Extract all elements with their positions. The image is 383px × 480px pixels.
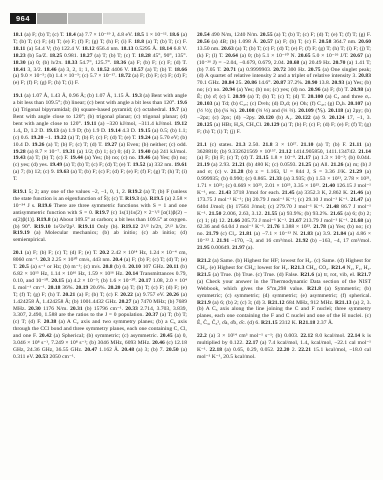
answers-paragraph-r19: R19.1 5; 2; any one of the values −2, −1… xyxy=(13,189,187,244)
answers-paragraph-ch19: 19.1 (a) 1.07 Å, 1.43 Å, 0.96 Å; (b) 1.0… xyxy=(13,93,187,183)
answers-paragraph-ch22: 22.2 (a) 3 × 10¹⁴ cm³ mol⁻¹ s⁻¹; (b) 0.0… xyxy=(197,333,371,361)
page-number: 964 xyxy=(10,13,36,24)
answers-paragraph-ch18: 18.1 (a) F; (b) T; (c) T. 18.4 (a) 7.7 ×… xyxy=(13,32,187,87)
text-columns: 18.1 (a) F; (b) T; (c) T. 18.4 (a) 7.7 ×… xyxy=(13,32,371,367)
answers-paragraph-ch20a: 20.1 (a) F; (b) F; (c) T; (d) F; (e) T. … xyxy=(13,250,187,361)
header-bar-segment xyxy=(37,13,67,24)
answers-paragraph-ch21: 21.1 (c) states. 21.3 2.50. 21.8 3 × 10²… xyxy=(197,142,371,253)
header-bar-segment xyxy=(103,13,145,24)
answers-page: 964 18.1 (a) F; (b) T; (c) T. 18.4 (a) 7… xyxy=(0,0,383,480)
left-column: 18.1 (a) F; (b) T; (c) T. 18.4 (a) 7.7 ×… xyxy=(13,32,187,367)
answers-paragraph-r21: R21.2 (a) Same. (b) Highest for HF; lowe… xyxy=(197,258,371,327)
page-header: 964 xyxy=(10,13,145,24)
header-bar-segment xyxy=(68,13,102,24)
answers-paragraph-ch20b: 20.54 490 N/m, 1240 N/m. 20.55 (a) T; (b… xyxy=(197,32,371,136)
right-column: 20.54 490 N/m, 1240 N/m. 20.55 (a) T; (b… xyxy=(197,32,371,367)
